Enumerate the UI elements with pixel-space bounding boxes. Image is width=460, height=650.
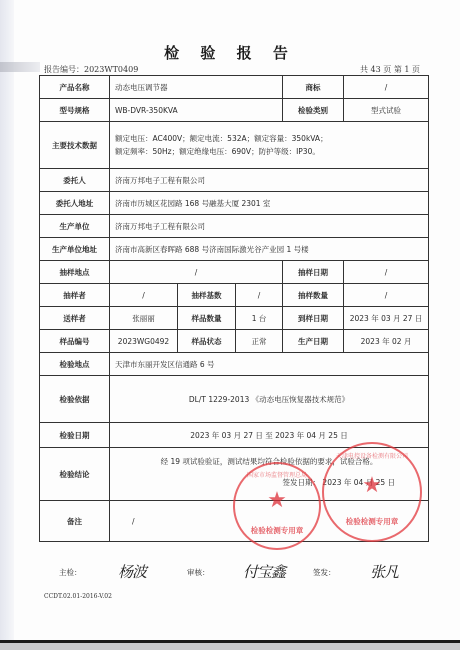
label-test-type: 检验类别 <box>283 99 344 122</box>
label-manufacturer-address: 生产单位地址 <box>40 238 110 261</box>
label-sender: 送样者 <box>40 307 110 330</box>
label-client: 委托人 <box>40 169 110 192</box>
row-sender: 送样者 张丽丽 样品数量 1 台 到样日期 2023 年 03 月 27 日 <box>40 307 429 330</box>
row-test-date: 检验日期 2023 年 03 月 27 日 至 2023 年 04 月 25 日 <box>40 423 429 448</box>
approver-label: 签发： <box>313 567 336 578</box>
value-test-date: 2023 年 03 月 27 日 至 2023 年 04 月 25 日 <box>110 423 429 448</box>
value-test-type: 型式试验 <box>344 99 429 122</box>
label-manufacturer: 生产单位 <box>40 215 110 238</box>
label-test-place: 检验地点 <box>40 353 110 376</box>
value-sample-state: 正常 <box>236 330 283 353</box>
row-client-address: 委托人地址 济南市历城区花园路 168 号融基大厦 2301 室 <box>40 192 429 215</box>
label-trademark: 商标 <box>283 76 344 99</box>
value-sampling-qty: / <box>344 284 429 307</box>
value-trademark: / <box>344 76 429 99</box>
scan-shadow-band <box>0 62 40 72</box>
value-manufacturer: 济南万邦电子工程有限公司 <box>110 215 429 238</box>
tech-data-line-1: 额定电压：AC400V；额定电流：532A；额定容量：350kVA； <box>115 132 423 145</box>
value-sampler: / <box>110 284 178 307</box>
approver-signature: 张凡 <box>370 561 398 582</box>
value-product-name: 动态电压调节器 <box>110 76 283 99</box>
value-sample-no: 2023WG0492 <box>110 330 178 353</box>
report-number: 报告编号：2023WT0409 <box>44 64 138 75</box>
report-number-label: 报告编号： <box>44 65 84 74</box>
value-tech-data: 额定电压：AC400V；额定电流：532A；额定容量：350kVA； 额定频率：… <box>110 122 429 169</box>
label-sampling-qty: 抽样数量 <box>283 284 344 307</box>
value-sample-qty: 1 台 <box>236 307 283 330</box>
row-sampling-place: 抽样地点 / 抽样日期 / <box>40 261 429 284</box>
value-sampling-place: / <box>110 261 283 284</box>
conclusion-text: 经 19 项试验验证，测试结果均符合检验依据的要求，试验合格。 <box>115 456 423 467</box>
label-production-date: 生产日期 <box>283 330 344 353</box>
row-conclusion: 检验结论 经 19 项试验验证，测试结果均符合检验依据的要求，试验合格。 签发日… <box>40 448 429 501</box>
row-manufacturer: 生产单位 济南万邦电子工程有限公司 <box>40 215 429 238</box>
value-sampling-date: / <box>344 261 429 284</box>
signature-row: 主检： 杨波 审核： 付宝鑫 签发： 张凡 <box>0 561 460 583</box>
row-tech-data: 主要技术数据 额定电压：AC400V；额定电流：532A；额定容量：350kVA… <box>40 122 429 169</box>
report-number-value: 2023WT0409 <box>84 65 138 74</box>
row-sampler: 抽样者 / 抽样基数 / 抽样数量 / <box>40 284 429 307</box>
value-sender: 张丽丽 <box>110 307 178 330</box>
reviewer-signature: 付宝鑫 <box>243 561 285 582</box>
row-test-place: 检验地点 天津市东丽开发区信通路 6 号 <box>40 353 429 376</box>
label-conclusion: 检验结论 <box>40 448 110 501</box>
label-sample-no: 样品编号 <box>40 330 110 353</box>
row-sample-no: 样品编号 2023WG0492 样品状态 正常 生产日期 2023 年 02 月 <box>40 330 429 353</box>
label-product-name: 产品名称 <box>40 76 110 99</box>
label-sampling-place: 抽样地点 <box>40 261 110 284</box>
row-client: 委托人 济南万邦电子工程有限公司 <box>40 169 429 192</box>
tech-data-line-2: 额定频率：50Hz；额定绝缘电压：690V；防护等级：IP30。 <box>115 145 423 158</box>
reviewer-label: 审核： <box>187 567 210 578</box>
row-test-basis: 检验依据 DL/T 1229-2013 《动态电压恢复器技术规范》 <box>40 376 429 423</box>
label-sampling-base: 抽样基数 <box>178 284 236 307</box>
label-test-date: 检验日期 <box>40 423 110 448</box>
value-model: WB-DVR-350KVA <box>110 99 283 122</box>
label-arrival-date: 到样日期 <box>283 307 344 330</box>
scan-bottom-grey <box>0 643 460 650</box>
form-code: CCDT.02.01-2016-V.02 <box>44 593 112 600</box>
inspector-signature: 杨波 <box>118 561 146 582</box>
value-sampling-base: / <box>236 284 283 307</box>
label-remarks: 备注 <box>40 501 110 542</box>
value-test-place: 天津市东丽开发区信通路 6 号 <box>110 353 429 376</box>
label-test-basis: 检验依据 <box>40 376 110 423</box>
value-arrival-date: 2023 年 03 月 27 日 <box>344 307 429 330</box>
value-remarks: / <box>110 501 429 542</box>
value-conclusion: 经 19 项试验验证，测试结果均符合检验依据的要求，试验合格。 签发日期： 20… <box>110 448 429 501</box>
value-test-basis: DL/T 1229-2013 《动态电压恢复器技术规范》 <box>110 376 429 423</box>
value-manufacturer-address: 济南市高新区春晖路 688 号济南国际激光谷产业园 1 号楼 <box>110 238 429 261</box>
row-manufacturer-address: 生产单位地址 济南市高新区春晖路 688 号济南国际激光谷产业园 1 号楼 <box>40 238 429 261</box>
inspector-label: 主检： <box>59 567 82 578</box>
label-client-address: 委托人地址 <box>40 192 110 215</box>
value-client: 济南万邦电子工程有限公司 <box>110 169 429 192</box>
label-tech-data: 主要技术数据 <box>40 122 110 169</box>
label-sampler: 抽样者 <box>40 284 110 307</box>
label-sampling-date: 抽样日期 <box>283 261 344 284</box>
value-production-date: 2023 年 02 月 <box>344 330 429 353</box>
issue-date: 签发日期： 2023 年 04 月 25 日 <box>115 477 423 488</box>
row-remarks: 备注 / <box>40 501 429 542</box>
value-client-address: 济南市历城区花园路 168 号融基大厦 2301 室 <box>110 192 429 215</box>
scan-shadow-left <box>0 0 14 642</box>
label-sample-state: 样品状态 <box>178 330 236 353</box>
page-info: 共 43 页 第 1 页 <box>360 64 420 75</box>
label-sample-qty: 样品数量 <box>178 307 236 330</box>
label-model: 型号规格 <box>40 99 110 122</box>
report-table: 产品名称 动态电压调节器 商标 / 型号规格 WB-DVR-350KVA 检验类… <box>39 75 429 542</box>
row-product-name: 产品名称 动态电压调节器 商标 / <box>40 76 429 99</box>
row-model: 型号规格 WB-DVR-350KVA 检验类别 型式试验 <box>40 99 429 122</box>
document-title: 检 验 报 告 <box>0 42 460 63</box>
